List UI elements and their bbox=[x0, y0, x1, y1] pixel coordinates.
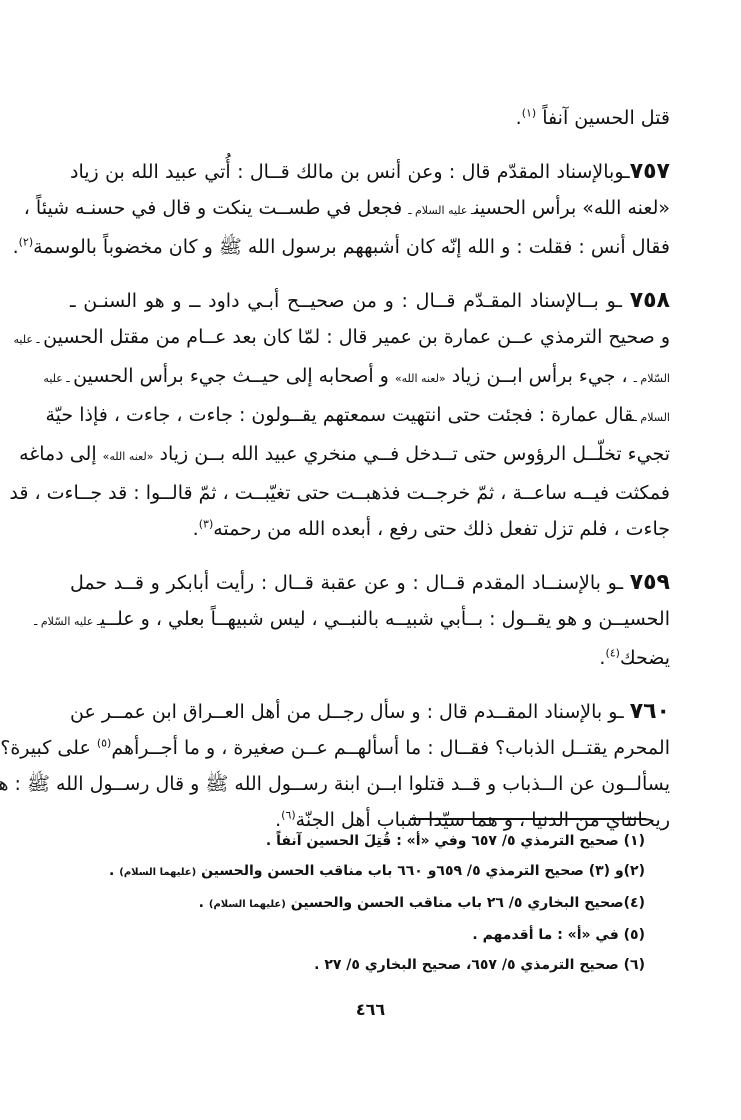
text-run: (٢)و (٣) صحيح الترمذي ٥/ ٦٥٩و ٦٦٠ باب من… bbox=[196, 863, 645, 879]
footnote-1: (١) صحيح الترمذي ٥/ ٦٥٧ وفي «أ» : قُتِلَ… bbox=[145, 826, 645, 856]
text-line: المحرم يقتــل الذباب؟ فقــال : ما أسألهـ… bbox=[70, 730, 670, 766]
text-run: يسألــون عن الــذباب و قــد قتلوا ابــن … bbox=[0, 773, 670, 795]
text-run: (١) صحيح الترمذي ٥/ ٦٥٧ وفي «أ» : قُتِلَ… bbox=[266, 833, 645, 849]
footnotes: (١) صحيح الترمذي ٥/ ٦٥٧ وفي «أ» : قُتِلَ… bbox=[145, 826, 645, 980]
text-line: و صحيح الترمذي عــن عمارة بن عمير قال : … bbox=[70, 319, 670, 358]
text-run: و أصحابه إلى حيــث جيء برأس الحسين bbox=[73, 365, 395, 387]
text-run: المحرم يقتــل الذباب؟ فقــال : ما أسألهـ… bbox=[111, 737, 670, 759]
text-line: جاءت ، فلم تزل تفعل ذلك حتى رفع ، أبعده … bbox=[70, 511, 670, 547]
honorific: ـ عليه bbox=[43, 372, 73, 385]
text-line: السلام ـقال عمارة : فجئت حتى انتهيت سمعت… bbox=[70, 397, 670, 436]
footnote-ref: (٣) bbox=[199, 518, 214, 531]
text-line: فمكثت فيــه ساعــة ، ثمّ خرجــت فذهبــت … bbox=[70, 475, 670, 511]
text-line: «لعنه الله» برأس الحسينـ عليه السلام ـ ف… bbox=[70, 190, 670, 229]
hadith-3: ٧٦٠ ـو بالإسناد المقــدم قال : و سأل رجـ… bbox=[70, 694, 670, 838]
hadith-number: ٧٥٧ bbox=[630, 159, 670, 184]
hadith-number: ٧٥٩ bbox=[630, 570, 670, 595]
text-run: فمكثت فيــه ساعــة ، ثمّ خرجــت فذهبــت … bbox=[9, 482, 670, 504]
intro-paragraph: قتل الحسين آنفاً (١). bbox=[70, 100, 670, 136]
text-line: فقال أنس : فقلت : و الله إنّه كان أشبههم… bbox=[70, 229, 670, 265]
footnote-ref: (١) bbox=[522, 107, 537, 120]
page-number: ٤٦٦ bbox=[0, 1000, 741, 1019]
text-run: ـو بالإسنــاد المقدم قــال : و عن عقبة ق… bbox=[70, 572, 630, 594]
text-line: ٧٥٩ ـو بالإسنــاد المقدم قــال : و عن عق… bbox=[70, 565, 670, 601]
text-run: (٦) صحيح الترمذي ٥/ ٦٥٧، صحيح البخاري ٥/… bbox=[314, 957, 645, 973]
honorific: السلام ـ bbox=[634, 411, 670, 424]
footnote-ref: (٢) bbox=[19, 236, 34, 249]
text-run: «لعنه الله» برأس الحسين bbox=[474, 197, 670, 219]
footnote-4: (٥) في «أ» : ما أقدمهم . bbox=[145, 920, 645, 950]
text-run: يضحك bbox=[620, 647, 670, 669]
text-run: جاءت ، فلم تزل تفعل ذلك حتى رفع ، أبعده … bbox=[213, 518, 670, 540]
hadith-1: ٧٥٨ ـو بــالإسناد المقـدّم قــال : و من … bbox=[70, 283, 670, 547]
text-run: فقال أنس : فقلت : و الله إنّه كان أشبههم… bbox=[33, 236, 670, 258]
text-line: الحسيــن و هو يقــول : بــأبي شبيــه بال… bbox=[70, 601, 670, 640]
hadith-number: ٧٦٠ bbox=[630, 699, 670, 724]
honorific: «لعنه الله» bbox=[103, 450, 154, 463]
text-run: ـو بــالإسناد المقـدّم قــال : و من صحيـ… bbox=[70, 290, 630, 312]
text-line: يضحك(٤). bbox=[70, 640, 670, 676]
text-run: ، جيء برأس ابــن زياد bbox=[446, 365, 634, 387]
footnote-ref: (٥) bbox=[97, 737, 112, 750]
text-line: تجيء تخلّــل الرؤوس حتى تــدخل فــي منخر… bbox=[70, 436, 670, 475]
text-run: إلى دماغه bbox=[19, 443, 103, 465]
text-run: و صحيح الترمذي عــن عمارة بن عمير قال : … bbox=[43, 326, 670, 348]
text-line: يسألــون عن الــذباب و قــد قتلوا ابــن … bbox=[70, 766, 670, 802]
hadith-0: ٧٥٧ـوبالإسناد المقدّم قال : وعن أنس بن م… bbox=[70, 154, 670, 265]
honorific: (عليهما السلام) bbox=[119, 867, 196, 878]
hadith-list: ٧٥٧ـوبالإسناد المقدّم قال : وعن أنس بن م… bbox=[70, 154, 670, 838]
footnote-2: (٢)و (٣) صحيح الترمذي ٥/ ٦٥٩و ٦٦٠ باب من… bbox=[145, 856, 645, 888]
text-line: السّلام ـ ، جيء برأس ابــن زياد «لعنه ال… bbox=[70, 358, 670, 397]
honorific: «لعنه الله» bbox=[395, 372, 446, 385]
footnote-5: (٦) صحيح الترمذي ٥/ ٦٥٧، صحيح البخاري ٥/… bbox=[145, 950, 645, 980]
text-run: قال عمارة : فجئت حتى انتهيت سمعتهم يقــو… bbox=[46, 404, 634, 426]
text-run: ـو بالإسناد المقــدم قال : و سأل رجــل م… bbox=[70, 701, 630, 723]
text-run: الحسيــن و هو يقــول : بــأبي شبيــه بال… bbox=[100, 608, 670, 630]
text-run: (٥) في «أ» : ما أقدمهم . bbox=[472, 927, 645, 943]
footnote-ref: (٦) bbox=[281, 809, 296, 822]
text-run: ـوبالإسناد المقدّم قال : وعن أنس بن مالك… bbox=[70, 161, 630, 183]
text-run: على كبيرة؟ bbox=[0, 737, 97, 759]
text-line: ٧٦٠ ـو بالإسناد المقــدم قال : و سأل رجـ… bbox=[70, 694, 670, 730]
text-line: ٧٥٧ـوبالإسناد المقدّم قال : وعن أنس بن م… bbox=[70, 154, 670, 190]
honorific: ـ عليه السّلام ـ bbox=[34, 615, 100, 628]
page-body: قتل الحسين آنفاً (١). ٧٥٧ـوبالإسناد المق… bbox=[70, 100, 670, 856]
text-run: (٤)صحيح البخاري ٥/ ٢٦ باب مناقب الحسن وا… bbox=[286, 895, 645, 911]
text-run: . bbox=[199, 895, 209, 911]
hadith-number: ٧٥٨ bbox=[630, 288, 670, 313]
intro-line: قتل الحسين آنفاً (١). bbox=[70, 100, 670, 136]
honorific: ـ عليه bbox=[14, 333, 44, 346]
honorific: ـ عليه السلام ـ bbox=[408, 204, 474, 217]
footnote-divider bbox=[410, 818, 646, 820]
text-run: فجعل في طســت ينكت و قال في حسنـه شيئاً … bbox=[24, 197, 409, 219]
intro-text: قتل الحسين آنفاً bbox=[542, 107, 670, 129]
footnote-3: (٤)صحيح البخاري ٥/ ٢٦ باب مناقب الحسن وا… bbox=[145, 888, 645, 920]
text-run: تجيء تخلّــل الرؤوس حتى تــدخل فــي منخر… bbox=[153, 443, 670, 465]
honorific: (عليهما السلام) bbox=[209, 899, 286, 910]
text-run: . bbox=[109, 863, 119, 879]
footnote-ref: (٤) bbox=[605, 647, 620, 660]
text-line: ٧٥٨ ـو بــالإسناد المقـدّم قــال : و من … bbox=[70, 283, 670, 319]
honorific: السّلام ـ bbox=[634, 372, 670, 385]
hadith-2: ٧٥٩ ـو بالإسنــاد المقدم قــال : و عن عق… bbox=[70, 565, 670, 676]
